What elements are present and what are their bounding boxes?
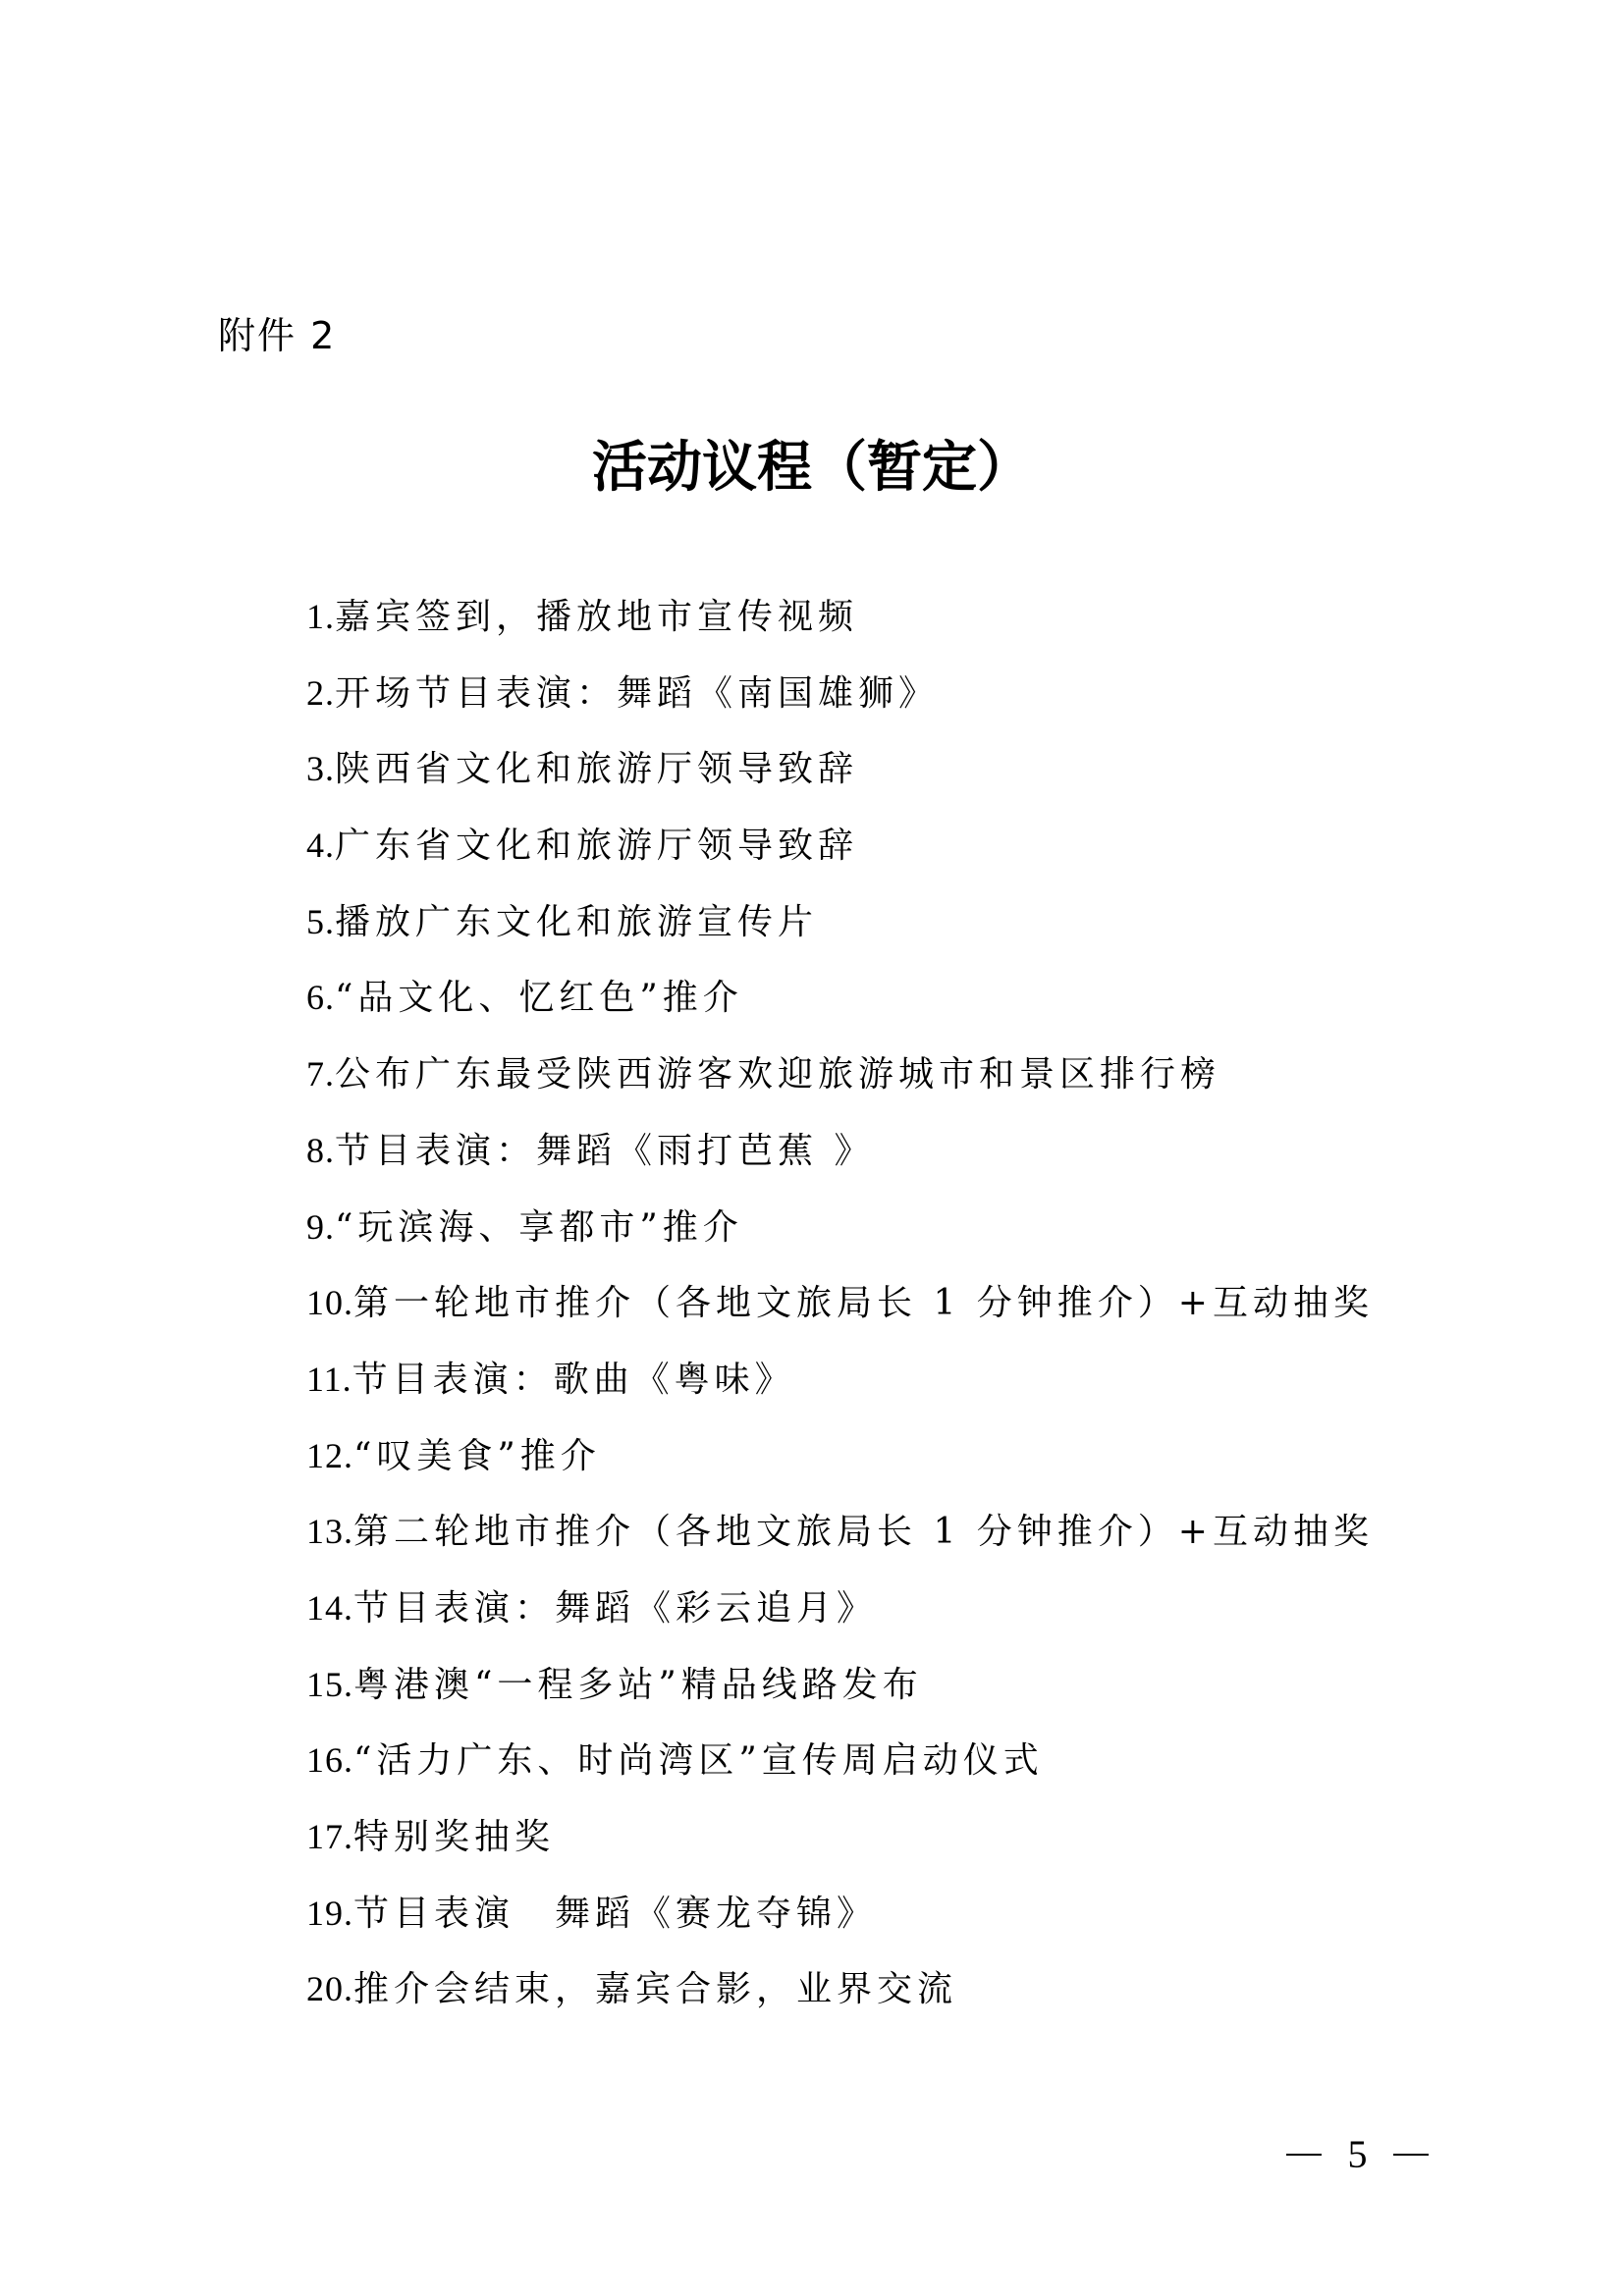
agenda-item-13: 13.第二轮地市推介（各地文旅局长 1 分钟推介）+互动抽奖 xyxy=(306,1494,1374,1571)
agenda-item-8: 8.节目表演：舞蹈《雨打芭蕉 》 xyxy=(306,1113,1374,1190)
agenda-item-6: 6.“品文化、忆红色”推介 xyxy=(306,960,1374,1037)
agenda-item-16: 16.“活力广东、时尚湾区”宣传周启动仪式 xyxy=(306,1723,1374,1799)
agenda-item-1: 1.嘉宾签到，播放地市宣传视频 xyxy=(306,579,1374,656)
item-text: 第二轮地市推介（各地文旅局长 1 分钟推介）+互动抽奖 xyxy=(353,1512,1374,1552)
item-text: 特别奖抽奖 xyxy=(353,1817,555,1857)
agenda-item-10: 10.第一轮地市推介（各地文旅局长 1 分钟推介）+互动抽奖 xyxy=(306,1265,1374,1342)
agenda-item-11: 11.节目表演：歌曲《粤味》 xyxy=(306,1342,1374,1418)
item-text: 播放广东文化和旅游宣传片 xyxy=(335,902,818,942)
page-title: 活动议程（暂定） xyxy=(0,430,1624,505)
agenda-item-17: 17.特别奖抽奖 xyxy=(306,1799,1374,1876)
item-text: 陕西省文化和旅游厅领导致辞 xyxy=(335,749,858,789)
item-number: 4. xyxy=(306,826,335,865)
item-number: 9. xyxy=(306,1207,335,1247)
item-number: 15. xyxy=(306,1665,353,1704)
item-text: 节目表演 舞蹈《赛龙夺锦》 xyxy=(353,1894,877,1934)
agenda-item-19: 19.节目表演 舞蹈《赛龙夺锦》 xyxy=(306,1876,1374,1952)
item-text: 节目表演：舞蹈《彩云追月》 xyxy=(353,1588,877,1629)
item-number: 1. xyxy=(306,597,335,636)
item-text: 第一轮地市推介（各地文旅局长 1 分钟推介）+互动抽奖 xyxy=(353,1283,1374,1323)
item-number: 5. xyxy=(306,902,335,941)
item-number: 14. xyxy=(306,1588,353,1628)
dash-right xyxy=(1393,2154,1429,2156)
item-number: 16. xyxy=(306,1740,353,1780)
attachment-label: 附件 2 xyxy=(218,310,336,361)
item-text: “玩滨海、享都市”推介 xyxy=(335,1207,743,1248)
agenda-item-7: 7.公布广东最受陕西游客欢迎旅游城市和景区排行榜 xyxy=(306,1037,1374,1113)
item-number: 3. xyxy=(306,749,335,788)
agenda-item-15: 15.粤港澳“一程多站”精品线路发布 xyxy=(306,1647,1374,1724)
item-number: 13. xyxy=(306,1512,353,1551)
agenda-item-14: 14.节目表演：舞蹈《彩云追月》 xyxy=(306,1571,1374,1647)
item-number: 8. xyxy=(306,1131,335,1170)
agenda-item-4: 4.广东省文化和旅游厅领导致辞 xyxy=(306,808,1374,884)
agenda-item-2: 2.开场节目表演：舞蹈《南国雄狮》 xyxy=(306,656,1374,732)
item-number: 17. xyxy=(306,1817,353,1856)
agenda-item-9: 9.“玩滨海、享都市”推介 xyxy=(306,1190,1374,1266)
item-text: 推介会结束，嘉宾合影，业界交流 xyxy=(353,1969,957,2009)
item-number: 19. xyxy=(306,1894,353,1933)
item-number: 20. xyxy=(306,1969,353,2008)
item-number: 7. xyxy=(306,1054,335,1094)
item-text: 节目表演：舞蹈《雨打芭蕉 》 xyxy=(335,1131,874,1171)
page-number: 5 xyxy=(1286,2130,1429,2179)
agenda-item-12: 12.“叹美食”推介 xyxy=(306,1418,1374,1495)
item-text: 粤港澳“一程多站”精品线路发布 xyxy=(353,1665,923,1705)
item-text: “叹美食”推介 xyxy=(353,1436,601,1476)
item-text: 嘉宾签到，播放地市宣传视频 xyxy=(335,597,858,637)
item-text: 开场节目表演：舞蹈《南国雄狮》 xyxy=(335,673,939,714)
item-number: 10. xyxy=(306,1283,353,1322)
item-number: 2. xyxy=(306,673,335,713)
dash-left xyxy=(1286,2154,1322,2156)
item-text: 节目表演：歌曲《粤味》 xyxy=(352,1360,795,1400)
item-text: 广东省文化和旅游厅领导致辞 xyxy=(335,826,858,866)
item-number: 12. xyxy=(306,1436,353,1475)
item-text: 公布广东最受陕西游客欢迎旅游城市和景区排行榜 xyxy=(335,1054,1220,1095)
agenda-item-5: 5.播放广东文化和旅游宣传片 xyxy=(306,884,1374,961)
agenda-item-3: 3.陕西省文化和旅游厅领导致辞 xyxy=(306,731,1374,808)
agenda-list: 1.嘉宾签到，播放地市宣传视频 2.开场节目表演：舞蹈《南国雄狮》 3.陕西省文… xyxy=(306,579,1374,2028)
item-number: 6. xyxy=(306,978,335,1017)
item-text: “品文化、忆红色”推介 xyxy=(335,978,743,1018)
page-number-value: 5 xyxy=(1348,2130,1368,2179)
item-text: “活力广东、时尚湾区”宣传周启动仪式 xyxy=(353,1740,1044,1781)
item-number: 11. xyxy=(306,1360,352,1399)
agenda-item-20: 20.推介会结束，嘉宾合影，业界交流 xyxy=(306,1951,1374,2028)
